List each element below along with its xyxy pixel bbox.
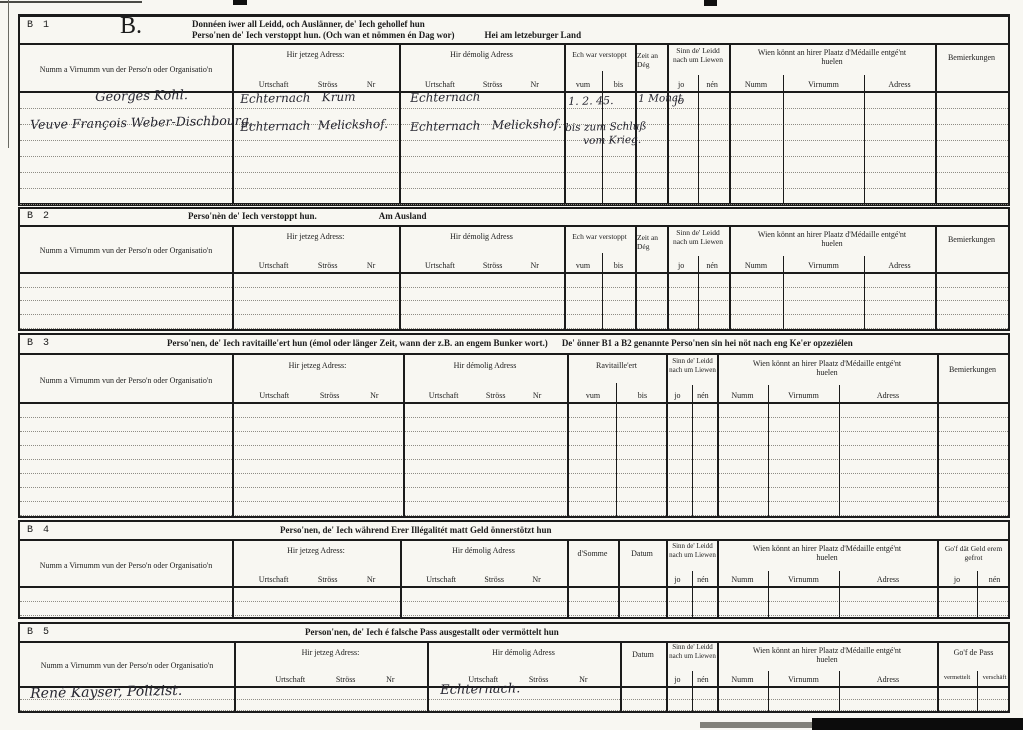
b4-col-datum: Datum	[618, 549, 666, 558]
b2-demolig-subheaders: Urtschaft Ströss Nr	[411, 261, 553, 270]
subheader-stross: Ströss	[486, 391, 506, 400]
b4-demolig-subheaders: Urtschaft Ströss Nr	[412, 575, 555, 584]
subheader-nen: nén	[706, 261, 718, 270]
b4-col-demolig-adress: Hir démolig Adress	[400, 546, 567, 555]
b2-col-zeit: Zeit an Dég	[637, 233, 663, 251]
handwritten-b1-row1-demolig: Echternach	[410, 90, 480, 105]
b4-jetzeg-subheaders: Urtschaft Ströss Nr	[244, 575, 390, 584]
subheader-bis: bis	[614, 80, 623, 89]
section-b2: B 2 Perso'nèn de' Iech verstoppt hun.Am …	[18, 207, 1010, 331]
handwritten-b1-row1-alive: jo	[674, 94, 684, 107]
subheader-stross: Ströss	[483, 80, 503, 89]
subheader-stross: Ströss	[318, 261, 338, 270]
subheader-vum: vum	[586, 391, 600, 400]
handwritten-b1-row1-name: Georges Kohl.	[95, 88, 188, 105]
scan-artifact-top-tick-1	[233, 0, 247, 5]
subheader-urtschaft: Urtschaft	[425, 261, 455, 270]
subheader-verschaft: verschäft	[977, 674, 1012, 681]
subheader-virnumm: Virnumm	[768, 391, 839, 400]
b5-col-alive: Sinn de' Leidd nach um Liewen	[669, 643, 716, 661]
b5-section-label: B 5	[27, 627, 51, 638]
subheader-adress: Adress	[839, 675, 937, 684]
b5-col-datum: Datum	[620, 650, 666, 659]
b2-col-verstoppt: Ech war verstoppt	[564, 232, 635, 241]
b2-col-demolig-adress: Hir démolig Adress	[399, 232, 564, 241]
b1-body-rows	[20, 93, 1008, 205]
b5-col-pass: Go'f de Pass	[939, 648, 1008, 657]
b4-col-jetzeg-adress: Hir jetzeg Adress:	[232, 546, 400, 555]
subheader-stross: Ströss	[320, 391, 340, 400]
subheader-urtschaft: Urtschaft	[259, 391, 289, 400]
subheader-nen: nén	[697, 391, 709, 400]
subheader-nr: Nr	[530, 261, 538, 270]
b1-titlebar: B 1 B. Donnéen iwer all Leidd, och Auslä…	[20, 17, 1008, 45]
b5-pass-subheaders: vermettelt verschäft	[937, 674, 1012, 681]
subheader-vum: vum	[576, 80, 590, 89]
b1-column-headers: Numm a Virnumm vun der Perso'n oder Orga…	[20, 43, 1008, 93]
subheader-urtschaft: Urtschaft	[426, 575, 456, 584]
subheader-nr: Nr	[367, 575, 375, 584]
subheader-jo: jo	[937, 575, 977, 584]
b2-column-headers: Numm a Virnumm vun der Perso'n oder Orga…	[20, 225, 1008, 274]
b1-col-name: Numm a Virnumm vun der Perso'n oder Orga…	[24, 65, 228, 74]
b2-col-alive: Sinn de' Leidd nach um Liewen	[670, 228, 726, 246]
subheader-jo: jo	[678, 80, 684, 89]
subheader-bis: bis	[614, 261, 623, 270]
b2-medal-subheaders: Numm Virnumm Adress	[729, 261, 935, 270]
b1-big-letter: B.	[120, 13, 142, 40]
subheader-nr: Nr	[370, 391, 378, 400]
b2-col-name: Numm a Virnumm vun der Perso'n oder Orga…	[24, 246, 228, 255]
b5-jetzeg-subheaders: Urtschaft Ströss Nr	[260, 675, 410, 684]
subheader-urtschaft: Urtschaft	[429, 391, 459, 400]
b2-col-bemierkungen: Bemierkungen	[935, 235, 1008, 244]
handwritten-b1-row2-zeit-line2: vom Krieg.	[583, 134, 641, 147]
subheader-stross: Ströss	[529, 675, 549, 684]
b5-col-medal: Wien könnt an hirer Plaatz d'Médaille en…	[752, 646, 902, 664]
b2-jetzeg-subheaders: Urtschaft Ströss Nr	[244, 261, 390, 270]
b2-section-label: B 2	[27, 211, 51, 222]
b3-col-name: Numm a Virnumm vun der Perso'n oder Orga…	[24, 376, 228, 385]
subheader-virnumm: Virnumm	[783, 80, 864, 89]
subheader-nr: Nr	[367, 261, 375, 270]
scan-artifact-left-margin-line	[8, 0, 9, 148]
subheader-virnumm: Virnumm	[768, 575, 839, 584]
b4-col-geld: Go'f dät Geld erem gefrot	[939, 544, 1008, 562]
scan-artifact-top-line	[0, 1, 142, 3]
b3-col-alive: Sinn de' Leidd nach um Liewen	[669, 357, 716, 375]
b1-col-demolig-adress: Hir démolig Adress	[399, 50, 564, 59]
b5-title: Person'nen, de' Iech é falsche Pass ausg…	[305, 627, 559, 638]
b2-col-jetzeg-adress: Hir jetzeg Adress:	[232, 232, 399, 241]
subheader-jo: jo	[674, 391, 680, 400]
b1-col-jetzeg-adress: Hir jetzeg Adress:	[232, 50, 399, 59]
b3-col-ravitailleert: Ravitaille'ert	[567, 361, 666, 370]
b3-demolig-subheaders: Urtschaft Ströss Nr	[415, 391, 555, 400]
b3-title-right: De' önner B1 a B2 genannte Perso'nen sin…	[562, 338, 853, 348]
subheader-vermettelt: vermettelt	[937, 674, 977, 681]
b1-col-zeit: Zeit an Dég	[637, 51, 663, 69]
subheader-adress: Adress	[839, 575, 937, 584]
subheader-adress: Adress	[864, 80, 935, 89]
subheader-vum: vum	[576, 261, 590, 270]
scan-artifact-top-tick-2	[704, 0, 717, 6]
b4-col-medal: Wien könnt an hirer Plaatz d'Médaille en…	[752, 544, 902, 562]
b3-medal-subheaders: Numm Virnumm Adress	[717, 391, 937, 400]
subheader-jo: jo	[678, 261, 684, 270]
subheader-urtschaft: Urtschaft	[275, 675, 305, 684]
subheader-nr: Nr	[530, 80, 538, 89]
b3-col-demolig-adress: Hir démolig Adress	[403, 361, 567, 370]
b4-column-headers: Numm a Virnumm vun der Perso'n oder Orga…	[20, 539, 1008, 588]
b1-col-alive: Sinn de' Leidd nach um Liewen	[670, 46, 726, 64]
b4-col-somme: d'Somme	[567, 549, 618, 558]
b1-verstoppt-subheaders: vum bis	[564, 80, 635, 89]
b3-col-medal: Wien könnt an hirer Plaatz d'Médaille en…	[752, 359, 902, 377]
subheader-numm: Numm	[729, 80, 783, 89]
b4-title: Perso'nen, de' Iech während Erer Illégal…	[280, 525, 551, 536]
subheader-nr: Nr	[533, 391, 541, 400]
section-b4: B 4 Perso'nen, de' Iech während Erer Ill…	[18, 520, 1010, 619]
handwritten-b1-row2-zeit-line1: bis zum Schluß	[565, 120, 647, 134]
subheader-jo: jo	[674, 575, 680, 584]
subheader-nr: Nr	[386, 675, 394, 684]
handwritten-b5-row1-name: René Kayser, Polizist.	[30, 683, 182, 702]
b5-col-name: Numm a Virnumm vun der Perso'n oder Orga…	[24, 661, 230, 670]
handwritten-b1-row1-vum: 1. 2. 45.	[568, 94, 614, 108]
subheader-adress: Adress	[839, 391, 937, 400]
b1-jetzeg-subheaders: Urtschaft Ströss Nr	[244, 80, 390, 89]
b2-col-medal: Wien könnt an hirer Plaatz d'Médaille en…	[757, 230, 907, 248]
b3-body-rows	[20, 404, 1008, 516]
subheader-nen: nén	[697, 575, 709, 584]
b1-medal-subheaders: Numm Virnumm Adress	[729, 80, 935, 89]
subheader-stross: Ströss	[483, 261, 503, 270]
b1-demolig-subheaders: Urtschaft Ströss Nr	[411, 80, 553, 89]
b1-col-medal: Wien könnt an hirer Plaatz d'Médaille en…	[757, 48, 907, 66]
b5-col-jetzeg-adress: Hir jetzeg Adress:	[234, 648, 427, 657]
section-b3: B 3 Perso'nen, de' Iech ravitaille'ert h…	[18, 333, 1010, 518]
b3-column-headers: Numm a Virnumm vun der Perso'n oder Orga…	[20, 353, 1008, 404]
b1-title-line2: Perso'nen de' Iech verstoppt hun. (Och w…	[192, 30, 455, 40]
handwritten-b1-row1-jetzeg: Echternach Krum	[240, 90, 356, 106]
subheader-urtschaft: Urtschaft	[259, 575, 289, 584]
subheader-nen: nén	[706, 80, 718, 89]
b3-title: Perso'nen, de' Iech ravitaille'ert hun (…	[167, 338, 548, 348]
subheader-urtschaft: Urtschaft	[259, 261, 289, 270]
b3-jetzeg-subheaders: Urtschaft Ströss Nr	[244, 391, 394, 400]
b3-titlebar: B 3 Perso'nen, de' Iech ravitaille'ert h…	[20, 335, 1008, 355]
subheader-stross: Ströss	[318, 80, 338, 89]
b1-title-line1: Donnéen iwer all Leidd, och Auslänner, d…	[192, 19, 581, 30]
b3-section-label: B 3	[27, 338, 51, 349]
subheader-numm: Numm	[729, 261, 783, 270]
section-b1: B 1 B. Donnéen iwer all Leidd, och Auslä…	[18, 14, 1010, 206]
subheader-numm: Numm	[717, 575, 768, 584]
subheader-nr: Nr	[579, 675, 587, 684]
subheader-nen: nén	[697, 675, 709, 684]
b5-col-demolig-adress: Hir démolig Adress	[427, 648, 620, 657]
scanned-form-page: B 1 B. Donnéen iwer all Leidd, och Auslä…	[0, 0, 1023, 730]
section-b5: B 5 Person'nen, de' Iech é falsche Pass …	[18, 622, 1010, 713]
b4-col-name: Numm a Virnumm vun der Perso'n oder Orga…	[24, 561, 228, 570]
b1-title-right: Hei am letzeburger Land	[485, 30, 582, 40]
subheader-urtschaft: Urtschaft	[259, 80, 289, 89]
subheader-virnumm: Virnumm	[783, 261, 864, 270]
b1-section-label: B 1	[27, 20, 51, 31]
subheader-stross: Ströss	[484, 575, 504, 584]
subheader-nr: Nr	[367, 80, 375, 89]
b3-col-bemierkungen: Bemierkungen	[937, 365, 1008, 374]
handwritten-b5-row1-demolig: Echternach.	[440, 681, 520, 698]
scan-artifact-bottom-black-bar	[812, 718, 1023, 730]
b2-title: Perso'nèn de' Iech verstoppt hun.	[188, 211, 317, 221]
b1-col-verstoppt: Ech war verstoppt	[564, 50, 635, 59]
subheader-stross: Ströss	[318, 575, 338, 584]
subheader-nr: Nr	[532, 575, 540, 584]
b3-col-jetzeg-adress: Hir jetzeg Adress:	[232, 361, 403, 370]
b2-body-rows	[20, 274, 1008, 329]
subheader-nen: nén	[977, 575, 1012, 584]
b4-col-alive: Sinn de' Leidd nach um Liewen	[669, 542, 716, 560]
scan-artifact-bottom-gray-bar	[700, 722, 820, 728]
subheader-bis: bis	[638, 391, 647, 400]
subheader-jo: jo	[674, 675, 680, 684]
subheader-numm: Numm	[717, 391, 768, 400]
subheader-virnumm: Virnumm	[768, 675, 839, 684]
b2-title-right: Am Ausland	[379, 211, 427, 221]
subheader-urtschaft: Urtschaft	[425, 80, 455, 89]
subheader-adress: Adress	[864, 261, 935, 270]
b4-geld-subheaders: jo nén	[937, 575, 1012, 584]
b1-col-bemierkungen: Bemierkungen	[935, 53, 1008, 62]
subheader-stross: Ströss	[336, 675, 356, 684]
b4-medal-subheaders: Numm Virnumm Adress	[717, 575, 937, 584]
subheader-numm: Numm	[717, 675, 768, 684]
b2-verstoppt-subheaders: vum bis	[564, 261, 635, 270]
b5-medal-subheaders: Numm Virnumm Adress	[717, 675, 937, 684]
b4-section-label: B 4	[27, 525, 51, 536]
b4-body-rows	[20, 588, 1008, 616]
